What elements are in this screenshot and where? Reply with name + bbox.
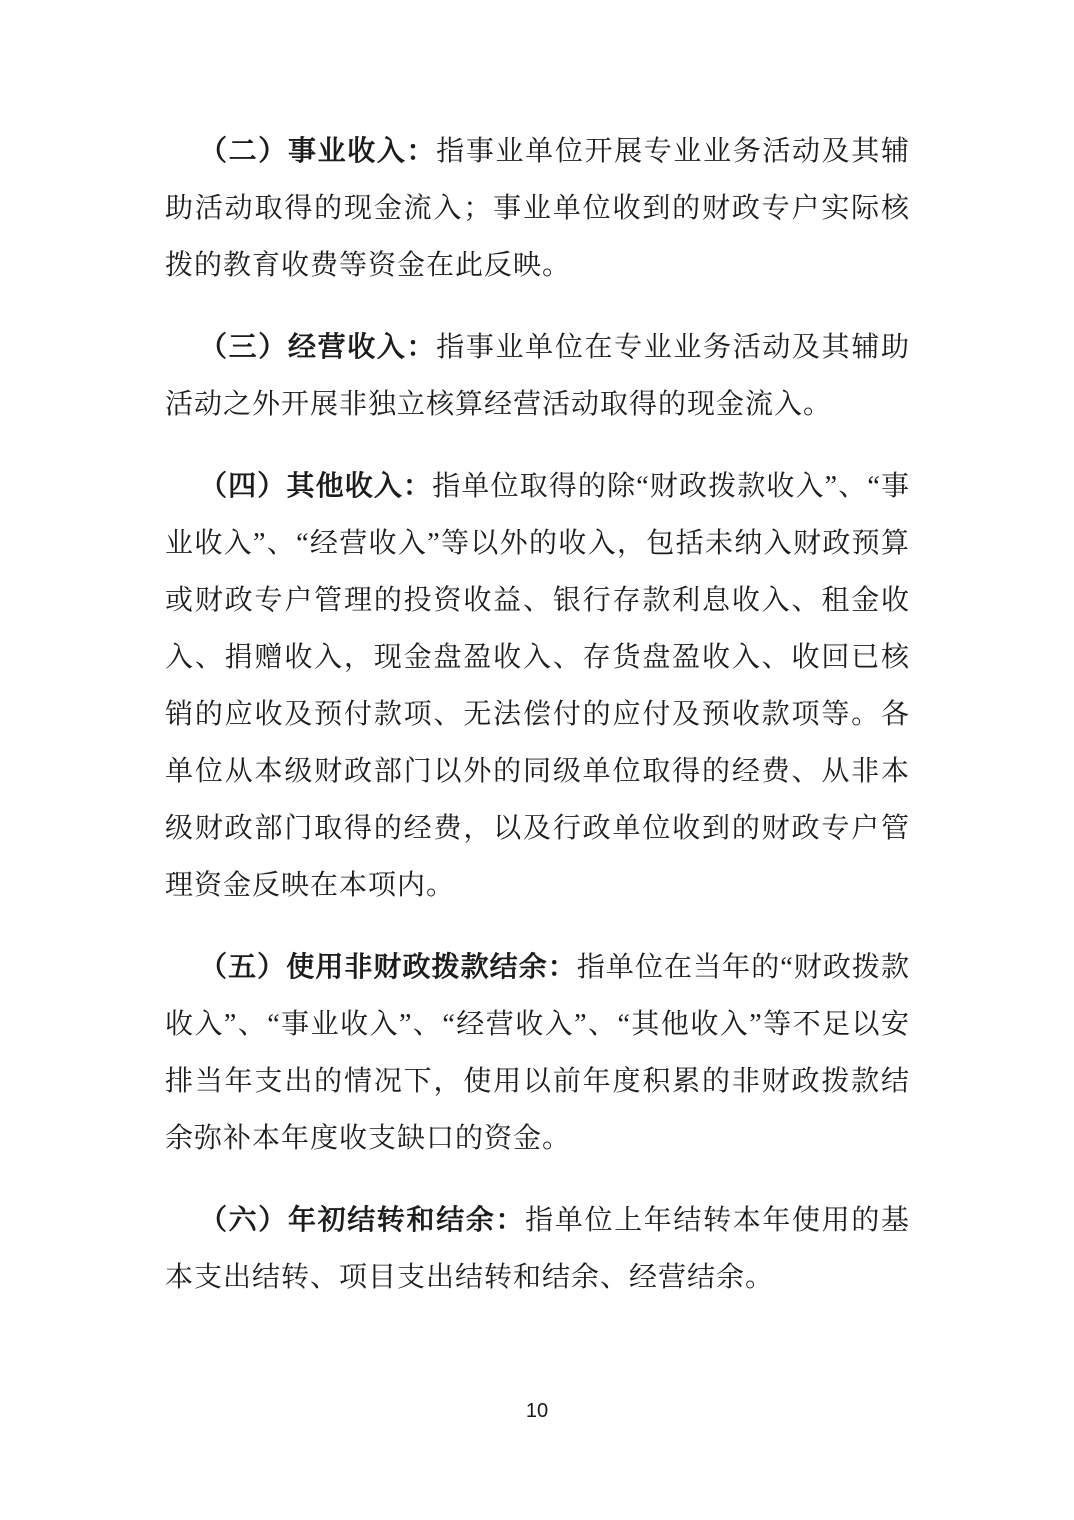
paragraph-non-fiscal-surplus-heading: （五）使用非财政拨款结余： bbox=[199, 952, 577, 983]
paragraph-carryover-balance: （六）年初结转和结余：指单位上年结转本年使用的基本支出结转、项目支出结转和结余、… bbox=[165, 1192, 910, 1306]
paragraph-non-fiscal-surplus: （五）使用非财政拨款结余：指单位在当年的“财政拨款收入”、“事业收入”、“经营收… bbox=[165, 939, 910, 1167]
paragraph-business-income-heading: （二）事业收入： bbox=[199, 136, 436, 167]
paragraph-other-income-heading: （四）其他收入： bbox=[199, 471, 432, 502]
paragraph-other-income-body: 指单位取得的除“财政拨款收入”、“事业收入”、“经营收入”等以外的收入，包括未纳… bbox=[165, 471, 910, 901]
page-number: 10 bbox=[0, 1400, 1074, 1423]
paragraph-operating-income-heading: （三）经营收入： bbox=[199, 332, 436, 363]
paragraph-operating-income: （三）经营收入：指事业单位在专业业务活动及其辅助活动之外开展非独立核算经营活动取… bbox=[165, 319, 910, 433]
paragraph-business-income: （二）事业收入：指事业单位开展专业业务活动及其辅助活动取得的现金流入；事业单位收… bbox=[165, 123, 910, 294]
document-content: （二）事业收入：指事业单位开展专业业务活动及其辅助活动取得的现金流入；事业单位收… bbox=[165, 123, 910, 1306]
paragraph-other-income: （四）其他收入：指单位取得的除“财政拨款收入”、“事业收入”、“经营收入”等以外… bbox=[165, 458, 910, 914]
paragraph-carryover-balance-heading: （六）年初结转和结余： bbox=[199, 1205, 525, 1236]
document-page: （二）事业收入：指事业单位开展专业业务活动及其辅助活动取得的现金流入；事业单位收… bbox=[0, 0, 1074, 1520]
